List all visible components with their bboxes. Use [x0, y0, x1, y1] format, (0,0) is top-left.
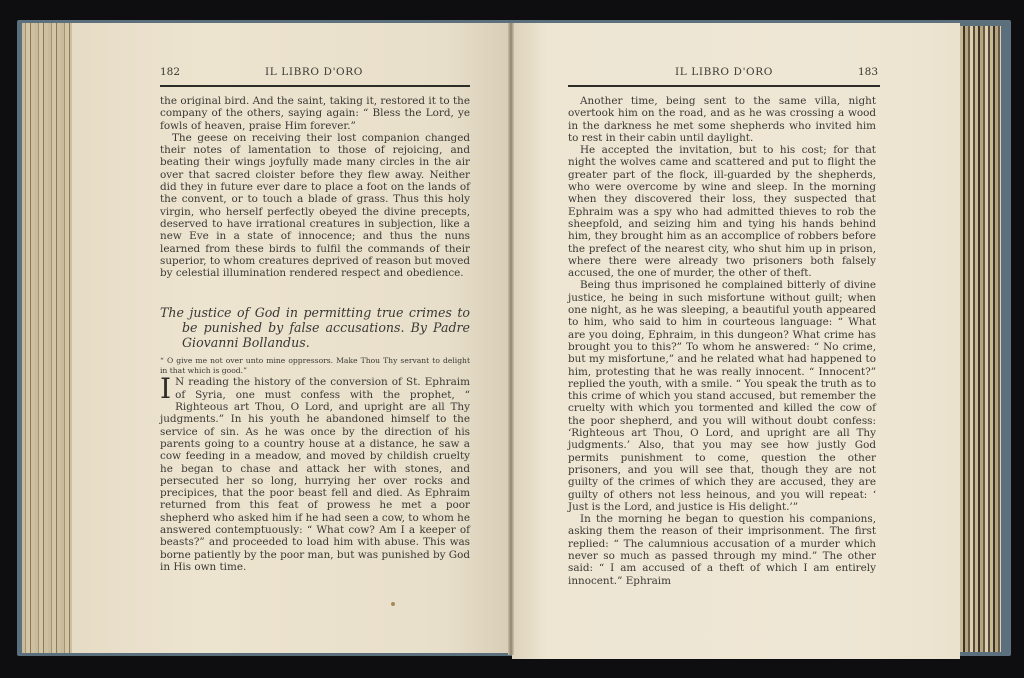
right-page-header: IL LIBRO D'ORO 183 — [568, 66, 880, 82]
right-page-edges — [955, 26, 1001, 652]
left-page-text: the original bird. And the saint, taking… — [160, 95, 470, 573]
left-running-title: IL LIBRO D'ORO — [158, 66, 470, 78]
left-page-header: 182 IL LIBRO D'ORO — [158, 66, 470, 82]
right-page-text: Another time, being sent to the same vil… — [568, 95, 876, 587]
epigraph: “ O give me not over unto mine oppressor… — [160, 356, 470, 376]
page-smudge — [391, 602, 395, 606]
right-running-title: IL LIBRO D'ORO — [568, 66, 880, 78]
right-header-rule — [568, 85, 880, 87]
paragraph: Being thus imprisoned he complained bitt… — [568, 279, 876, 513]
right-page-number: 183 — [858, 66, 878, 78]
left-page-edges — [22, 23, 78, 653]
paragraph: In the morning he began to question his … — [568, 513, 876, 587]
book-gutter — [508, 23, 514, 655]
section-opening-paragraph: IN reading the history of the conversion… — [160, 376, 470, 573]
paragraph: He accepted the invitation, but to his c… — [568, 144, 876, 279]
paragraph: Another time, being sent to the same vil… — [568, 95, 876, 144]
left-header-rule — [160, 85, 470, 87]
drop-cap: I — [160, 377, 171, 401]
paragraph: The geese on receiving their lost compan… — [160, 132, 470, 280]
section-heading: The justice of God in permitting true cr… — [160, 305, 470, 350]
section-paragraph-text: N reading the history of the conversion … — [160, 376, 470, 572]
paragraph: the original bird. And the saint, taking… — [160, 95, 470, 132]
